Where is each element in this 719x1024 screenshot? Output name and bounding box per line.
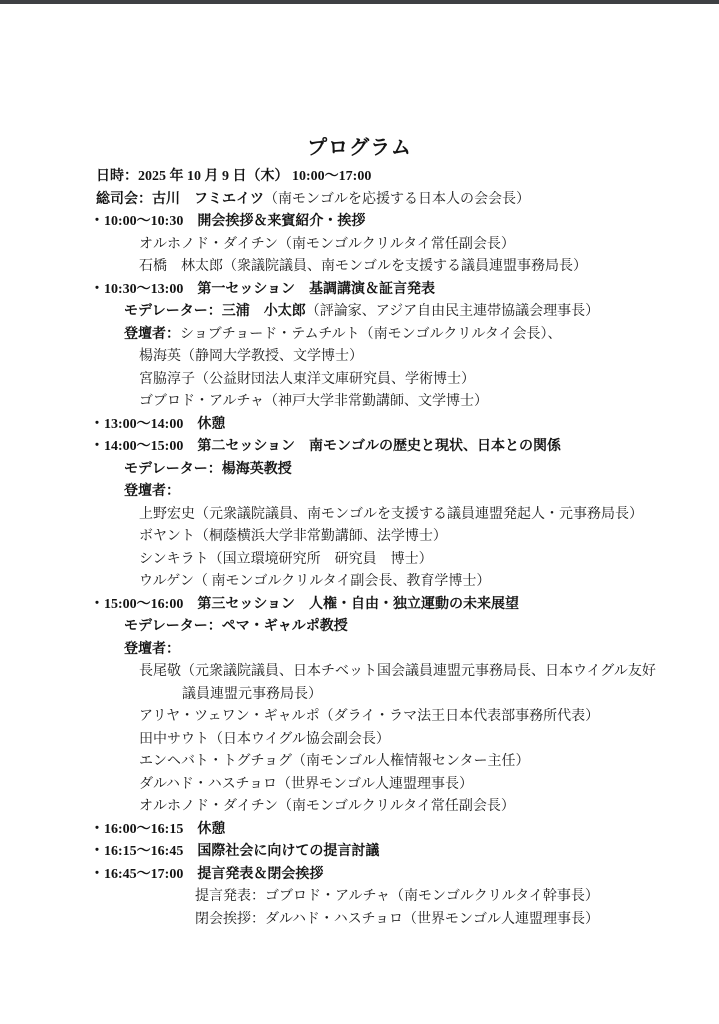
line-slot-break2: ・16:00～16:15 休憩 bbox=[90, 819, 710, 842]
line-speaker-miyawaki: 宮脇淳子（公益財団法人東洋文庫研究員、学術博士） bbox=[90, 369, 710, 392]
line-text: 提言発表：ゴブロド・アルチャ（南モンゴルクリルタイ幹事長） bbox=[195, 889, 599, 904]
line-text: アリヤ・ツェワン・ギャルポ（ダライ・ラマ法王日本代表部事務所代表） bbox=[139, 709, 599, 724]
line-text: 石橋 林太郎（衆議院議員、南モンゴルを支援する議員連盟事務局長） bbox=[139, 259, 587, 274]
line-speaker-nagao-continued: 議員連盟元事務局長） bbox=[90, 684, 710, 707]
line-text-bold: ・16:15～16:45 国際社会に向けての提言討議 bbox=[90, 844, 379, 859]
line-panelists-session1: 登壇者：ショブチョード・テムチルト（南モンゴルクリルタイ会長）、 bbox=[90, 324, 710, 347]
line-text-bold: ・16:45～17:00 提言発表＆閉会挨拶 bbox=[90, 867, 323, 882]
line-text-bold: 登壇者： bbox=[124, 327, 180, 342]
line-closing-proposal: 提言発表：ゴブロド・アルチャ（南モンゴルクリルタイ幹事長） bbox=[90, 886, 710, 909]
line-text: オルホノド・ダイチン（南モンゴルクリルタイ常任副会長） bbox=[139, 237, 515, 252]
line-speaker-ariya: アリヤ・ツェワン・ギャルポ（ダライ・ラマ法王日本代表部事務所代表） bbox=[90, 706, 710, 729]
line-speaker-orhonod-2: オルホノド・ダイチン（南モンゴルクリルタイ常任副会長） bbox=[90, 796, 710, 819]
line-text: 楊海英（静岡大学教授、文学博士） bbox=[139, 349, 363, 364]
line-text: （評論家、アジア自由民主連帯協議会理事長） bbox=[306, 304, 599, 319]
line-slot-discussion: ・16:15～16:45 国際社会に向けての提言討議 bbox=[90, 841, 710, 864]
line-text: オルホノド・ダイチン（南モンゴルクリルタイ常任副会長） bbox=[139, 799, 515, 814]
line-slot-break1: ・13:00～14:00 休憩 bbox=[90, 414, 710, 437]
line-text: 上野宏史（元衆議院議員、南モンゴルを支援する議員連盟発起人・元事務局長） bbox=[139, 507, 643, 522]
line-text-bold: モデレーター：三浦 小太郎 bbox=[124, 304, 306, 319]
line-slot-opening: ・10:00～10:30 開会挨拶＆来賓紹介・挨拶 bbox=[90, 211, 710, 234]
line-panelists-session3: 登壇者： bbox=[90, 639, 710, 662]
line-speaker-boyant: ボヤント（桐蔭横浜大学非常勤講師、法学博士） bbox=[90, 526, 710, 549]
line-text-bold: ・10:00～10:30 開会挨拶＆来賓紹介・挨拶 bbox=[90, 214, 365, 229]
line-speaker-yang: 楊海英（静岡大学教授、文学博士） bbox=[90, 346, 710, 369]
line-text: 閉会挨拶：ダルハド・ハスチョロ（世界モンゴル人連盟理事長） bbox=[195, 912, 599, 927]
line-moderator-session3: モデレーター：ペマ・ギャルポ教授 bbox=[90, 616, 710, 639]
line-text: ボヤント（桐蔭横浜大学非常勤講師、法学博士） bbox=[139, 529, 447, 544]
line-slot-closing: ・16:45～17:00 提言発表＆閉会挨拶 bbox=[90, 864, 710, 887]
line-text-bold: モデレーター：ペマ・ギャルポ教授 bbox=[124, 619, 348, 634]
line-text: 宮脇淳子（公益財団法人東洋文庫研究員、学術博士） bbox=[139, 372, 475, 387]
line-text-bold: 総司会：古川 フミエイツ bbox=[96, 192, 264, 207]
line-emcee: 総司会：古川 フミエイツ（南モンゴルを応援する日本人の会会長） bbox=[90, 189, 710, 212]
line-text-bold: ・16:00～16:15 休憩 bbox=[90, 822, 225, 837]
line-text: ダルハド・ハスチョロ（世界モンゴル人連盟理事長） bbox=[139, 777, 473, 792]
line-text: （南モンゴルを応援する日本人の会会長） bbox=[264, 192, 530, 207]
line-text-bold: 登壇者： bbox=[124, 484, 180, 499]
line-text: ショブチョード・テムチルト（南モンゴルクリルタイ会長）、 bbox=[180, 327, 562, 342]
line-text: 長尾敬（元衆議院議員、日本チベット国会議員連盟元事務局長、日本ウイグル友好 bbox=[139, 664, 656, 679]
line-text-bold: ・10:30～13:00 第一セッション 基調講演＆証言発表 bbox=[90, 282, 435, 297]
line-text-bold: ・15:00～16:00 第三セッション 人権・自由・独立運動の未来展望 bbox=[90, 597, 519, 612]
line-speaker-ueno: 上野宏史（元衆議院議員、南モンゴルを支援する議員連盟発起人・元事務局長） bbox=[90, 504, 710, 527]
line-speaker-orhonod: オルホノド・ダイチン（南モンゴルクリルタイ常任副会長） bbox=[90, 234, 710, 257]
line-closing-remarks: 閉会挨拶：ダルハド・ハスチョロ（世界モンゴル人連盟理事長） bbox=[90, 909, 710, 932]
line-speaker-gobrod: ゴブロド・アルチャ（神戸大学非常勤講師、文学博士） bbox=[90, 391, 710, 414]
line-panelists-session2: 登壇者： bbox=[90, 481, 710, 504]
line-text: 田中サウト（日本ウイグル協会副会長） bbox=[139, 732, 390, 747]
line-text: シンキラト（国立環境研究所 研究員 博士） bbox=[139, 552, 433, 567]
line-text-bold: 日時：2025 年 10 月 9 日（木） 10:00～17:00 bbox=[96, 169, 371, 184]
top-bar bbox=[0, 0, 719, 4]
line-text-bold: ・14:00～15:00 第二セッション 南モンゴルの歴史と現状、日本との関係 bbox=[90, 439, 561, 454]
line-slot-session3: ・15:00～16:00 第三セッション 人権・自由・独立運動の未来展望 bbox=[90, 594, 710, 617]
line-text-bold: 登壇者： bbox=[124, 642, 180, 657]
line-speaker-urgen: ウルゲン（ 南モンゴルクリルタイ副会長、教育学博士） bbox=[90, 571, 710, 594]
line-speaker-darhad: ダルハド・ハスチョロ（世界モンゴル人連盟理事長） bbox=[90, 774, 710, 797]
page-title: プログラム bbox=[0, 131, 719, 160]
line-datetime: 日時：2025 年 10 月 9 日（木） 10:00～17:00 bbox=[90, 166, 710, 189]
line-text-bold: モデレーター：楊海英教授 bbox=[124, 462, 292, 477]
line-speaker-tanaka: 田中サウト（日本ウイグル協会副会長） bbox=[90, 729, 710, 752]
line-speaker-shinkirato: シンキラト（国立環境研究所 研究員 博士） bbox=[90, 549, 710, 572]
line-text-bold: ・13:00～14:00 休憩 bbox=[90, 417, 225, 432]
line-speaker-enhebat: エンヘバト・トグチョグ（南モンゴル人権情報センター主任） bbox=[90, 751, 710, 774]
line-moderator-session1: モデレーター：三浦 小太郎（評論家、アジア自由民主連帯協議会理事長） bbox=[90, 301, 710, 324]
program-body: 日時：2025 年 10 月 9 日（木） 10:00～17:00 総司会：古川… bbox=[90, 166, 710, 931]
line-moderator-session2: モデレーター：楊海英教授 bbox=[90, 459, 710, 482]
line-text: エンヘバト・トグチョグ（南モンゴル人権情報センター主任） bbox=[139, 754, 529, 769]
line-slot-session2: ・14:00～15:00 第二セッション 南モンゴルの歴史と現状、日本との関係 bbox=[90, 436, 710, 459]
line-speaker-ishibashi: 石橋 林太郎（衆議院議員、南モンゴルを支援する議員連盟事務局長） bbox=[90, 256, 710, 279]
line-speaker-nagao: 長尾敬（元衆議院議員、日本チベット国会議員連盟元事務局長、日本ウイグル友好 bbox=[90, 661, 710, 684]
line-slot-session1: ・10:30～13:00 第一セッション 基調講演＆証言発表 bbox=[90, 279, 710, 302]
line-text: 議員連盟元事務局長） bbox=[182, 687, 322, 702]
line-text: ウルゲン（ 南モンゴルクリルタイ副会長、教育学博士） bbox=[139, 574, 490, 589]
line-text: ゴブロド・アルチャ（神戸大学非常勤講師、文学博士） bbox=[139, 394, 488, 409]
